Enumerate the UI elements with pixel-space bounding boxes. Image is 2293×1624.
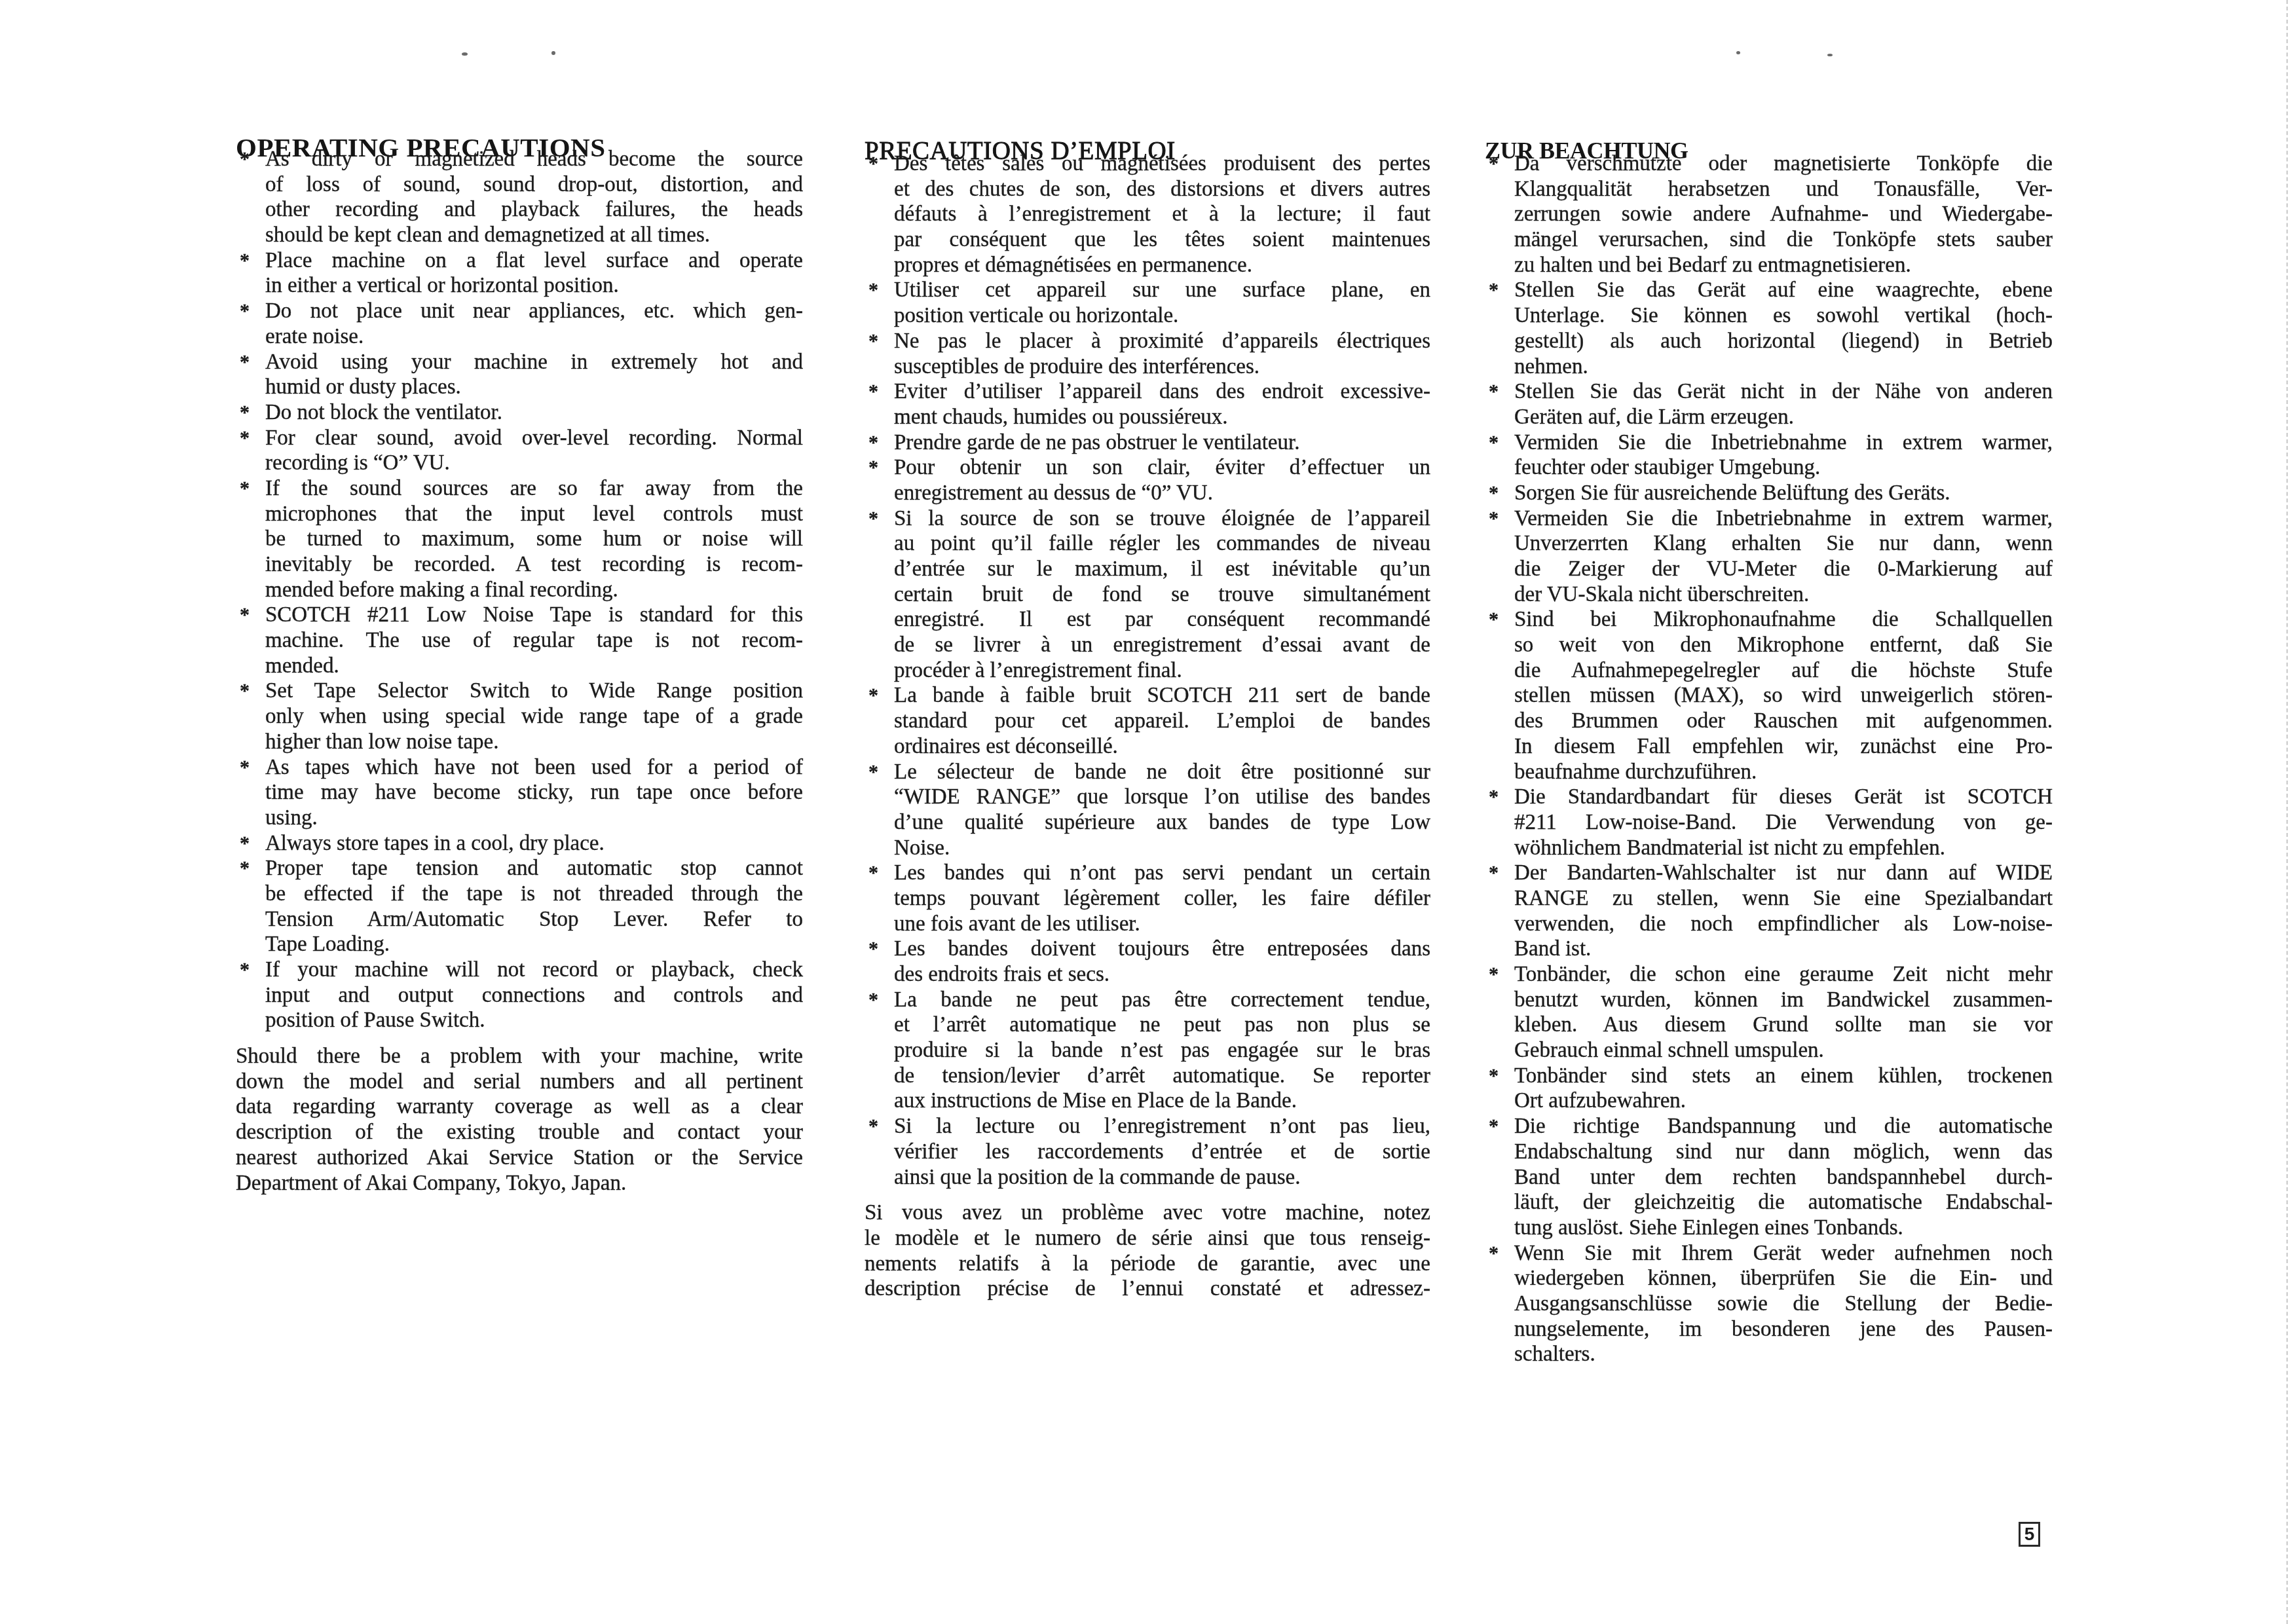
precaution-item: *Die richtige Bandspannung und die autom… [1485,1114,2053,1240]
asterisk-bullet-icon: * [240,831,250,857]
precaution-item: *Pour obtenir un son clair, éviter d’eff… [865,455,1430,506]
precaution-item: *Do not place unit near appliances, etc.… [236,299,803,349]
asterisk-bullet-icon: * [240,957,250,983]
asterisk-bullet-icon: * [1489,860,1499,886]
text-line: stellen müssen (MAX), so wird unweigerli… [1514,683,2053,709]
asterisk-bullet-icon: * [240,350,250,375]
scan-speck [1827,54,1833,56]
closing-paragraph: Should there be a problem with your mach… [236,1044,803,1196]
asterisk-bullet-icon: * [1489,278,1499,303]
asterisk-bullet-icon: * [1489,1063,1499,1089]
text-line: ordinaires est déconseillé. [894,734,1430,760]
text-line: wöhnlichem Bandmaterial ist nicht zu emp… [1514,836,2053,861]
text-line: Sind bei Mikrophonaufnahme die Schallque… [1514,607,2053,633]
text-line: Pour obtenir un son clair, éviter d’effe… [894,455,1430,481]
text-line: Da verschmutzte oder magnetisierte Tonkö… [1514,151,2053,177]
asterisk-bullet-icon: * [868,430,878,456]
text-line: of loss of sound, sound drop-out, distor… [265,172,803,198]
precaution-item: *Des têtes sales ou magnétisées produise… [865,151,1430,278]
text-line: die Aufnahmepegelregler auf die höchste … [1514,658,2053,684]
text-line: For clear sound, avoid over-level record… [265,426,803,451]
text-line: produire si la bande n’est pas engagée s… [894,1038,1430,1063]
closing-paragraph: Si vous avez un problème avec votre mach… [865,1200,1430,1302]
asterisk-bullet-icon: * [240,755,250,781]
text-line: enregistré. Il est par conséquent recomm… [894,607,1430,633]
text-line: Gebrauch einmal schnell umspulen. [1514,1038,2053,1063]
precaution-item: *Place machine on a flat level surface a… [236,248,803,299]
asterisk-bullet-icon: * [1489,481,1499,506]
text-line: verwenden, die noch empfindlicher als Lo… [1514,912,2053,937]
precaution-item: *La bande ne peut pas être correctement … [865,987,1430,1114]
precaution-item: *Prendre garde de ne pas obstruer le ven… [865,430,1430,456]
asterisk-bullet-icon: * [868,1114,878,1139]
text-line: Ort aufzubewahren. [1514,1088,2053,1114]
text-line: et des chutes de son, des distorsions et… [894,177,1430,202]
text-line: down the model and serial numbers and al… [236,1069,803,1095]
text-line: description précise de l’ennui constaté … [865,1276,1430,1302]
text-line: au point qu’il faille régler les command… [894,531,1430,557]
text-line: vérifier les raccordements d’entrée et d… [894,1139,1430,1165]
scan-edge-line [2286,0,2288,1624]
text-line: défauts à l’enregistrement et à la lectu… [894,202,1430,227]
text-line: #211 Low-noise-Band. Die Verwendung von … [1514,810,2053,836]
text-line: As dirty or magnetized heads become the … [265,147,803,172]
text-line: de se livrer à un enregistrement d’essai… [894,633,1430,658]
precaution-item: *As dirty or magnetized heads become the… [236,147,803,248]
precaution-item: *Der Bandarten-Wahlschalter ist nur dann… [1485,860,2053,962]
text-line: “WIDE RANGE” que lorsque l’on utilise de… [894,784,1430,810]
precaution-item: *Die Standardbandart für dieses Gerät is… [1485,784,2053,860]
precaution-item: *Sorgen Sie für ausreichende Belüftung d… [1485,481,2053,506]
text-line: mängel verursachen, sind die Tonköpfe st… [1514,227,2053,253]
asterisk-bullet-icon: * [1489,379,1499,405]
text-line: time may have become sticky, run tape on… [265,780,803,805]
precaution-item: *Eviter d’utiliser l’appareil dans des e… [865,379,1430,430]
text-line: Do not place unit near appliances, etc. … [265,299,803,324]
precaution-item: *Proper tape tension and automatic stop … [236,856,803,957]
text-line: so weit von den Mikrophone entfernt, daß… [1514,633,2053,658]
precaution-item: *Vermiden Sie die Inbetriebnahme in extr… [1485,430,2053,481]
text-line: procéder à l’enregistrement final. [894,658,1430,684]
text-line: Geräten auf, die Lärm erzeugen. [1514,405,2053,430]
text-line: le modèle et le numero de série ainsi qu… [865,1226,1430,1251]
text-line: des endroits frais et secs. [894,962,1430,987]
asterisk-bullet-icon: * [868,379,878,405]
precaution-item: *Tonbänder sind stets an einem kühlen, t… [1485,1063,2053,1114]
text-line: only when using special wide range tape … [265,704,803,729]
asterisk-bullet-icon: * [240,602,250,628]
asterisk-bullet-icon: * [868,987,878,1013]
text-line: position of Pause Switch. [265,1008,803,1033]
asterisk-bullet-icon: * [868,329,878,354]
text-line: beaufnahme durchzuführen. [1514,760,2053,785]
text-line: mended before making a final recording. [265,578,803,603]
asterisk-bullet-icon: * [868,860,878,886]
text-line: Prendre garde de ne pas obstruer le vent… [894,430,1430,456]
text-line: Tension Arm/Automatic Stop Lever. Refer … [265,907,803,932]
text-line: d’une qualité supérieure aux bandes de t… [894,810,1430,836]
text-line: Les bandes qui n’ont pas servi pendant u… [894,860,1430,886]
text-line: Band unter dem rechten bandspannhebel du… [1514,1165,2053,1190]
precaution-item: *Tonbänder, die schon eine geraume Zeit … [1485,962,2053,1063]
precaution-item: *Vermeiden Sie die Inbetriebnahme in ext… [1485,506,2053,608]
scan-speck [1736,51,1740,54]
text-line: Unterlage. Sie können es sowohl vertikal… [1514,303,2053,329]
text-line: Should there be a problem with your mach… [236,1044,803,1069]
text-line: data regarding warranty coverage as well… [236,1094,803,1120]
precaution-item: *Da verschmutzte oder magnetisierte Tonk… [1485,151,2053,278]
text-line: nehmen. [1514,354,2053,380]
precaution-item: *Utiliser cet appareil sur une surface p… [865,278,1430,328]
text-line: Tonbänder, die schon eine geraume Zeit n… [1514,962,2053,987]
text-line: Die richtige Bandspannung und die automa… [1514,1114,2053,1139]
french-body: *Des têtes sales ou magnétisées produise… [865,151,1430,1302]
text-line: input and output connections and control… [265,983,803,1008]
text-line: wiedergeben können, überprüfen Sie die E… [1514,1266,2053,1291]
text-line: standard pour cet appareil. L’emploi de … [894,709,1430,734]
text-line: temps pouvant légèrement coller, les fai… [894,886,1430,912]
text-line: Wenn Sie mit Ihrem Gerät weder aufnehmen… [1514,1241,2053,1266]
text-line: inevitably be recorded. A test recording… [265,552,803,578]
text-line: RANGE zu stellen, wenn Sie eine Spezialb… [1514,886,2053,912]
text-line: Si la source de son se trouve éloignée d… [894,506,1430,532]
text-line: Department of Akai Company, Tokyo, Japan… [236,1171,803,1196]
text-line: As tapes which have not been used for a … [265,755,803,781]
text-line: feuchter oder staubiger Umgebung. [1514,455,2053,481]
german-body: *Da verschmutzte oder magnetisierte Tonk… [1485,151,2053,1367]
asterisk-bullet-icon: * [868,506,878,532]
precaution-item: *Wenn Sie mit Ihrem Gerät weder aufnehme… [1485,1241,2053,1367]
text-line: Do not block the ventilator. [265,400,803,426]
text-line: Stellen Sie das Gerät nicht in der Nähe … [1514,379,2053,405]
page-number-badge: 5 [2019,1522,2040,1547]
text-line: Die Standardbandart für dieses Gerät ist… [1514,784,2053,810]
text-line: ainsi que la position de la commande de … [894,1165,1430,1190]
asterisk-bullet-icon: * [1489,151,1499,177]
precaution-item: *La bande à faible bruit SCOTCH 211 sert… [865,683,1430,759]
text-line: Unverzerrten Klang erhalten Sie nur dann… [1514,531,2053,557]
precaution-item: *Avoid using your machine in extremely h… [236,350,803,400]
text-line: Le sélecteur de bande ne doit être posit… [894,760,1430,785]
text-line: zu halten und bei Bedarf zu entmagnetisi… [1514,253,2053,278]
text-line: Set Tape Selector Switch to Wide Range p… [265,678,803,704]
asterisk-bullet-icon: * [868,936,878,962]
text-line: Si la lecture ou l’enregistrement n’ont … [894,1114,1430,1139]
text-line: If your machine will not record or playb… [265,957,803,983]
text-line: Si vous avez un problème avec votre mach… [865,1200,1430,1226]
precaution-item: *Ne pas le placer à proximité d’appareil… [865,329,1430,379]
text-line: Les bandes doivent toujours être entrepo… [894,936,1430,962]
precaution-item: *Stellen Sie das Gerät nicht in der Nähe… [1485,379,2053,430]
precaution-item: *If your machine will not record or play… [236,957,803,1033]
precaution-item: *For clear sound, avoid over-level recor… [236,426,803,476]
precaution-item: *Si la source de son se trouve éloignée … [865,506,1430,684]
asterisk-bullet-icon: * [1489,430,1499,456]
text-line: SCOTCH #211 Low Noise Tape is standard f… [265,602,803,628]
text-line: certain bruit de fond se trouve simultan… [894,582,1430,608]
text-line: Stellen Sie das Gerät auf eine waagrecht… [1514,278,2053,303]
precaution-item: *Set Tape Selector Switch to Wide Range … [236,678,803,754]
text-line: nearest authorized Akai Service Station … [236,1145,803,1171]
asterisk-bullet-icon: * [240,248,250,274]
text-line: be effected if the tape is not threaded … [265,881,803,907]
text-line: zerrungen sowie andere Aufnahme- und Wie… [1514,202,2053,227]
precaution-item: *SCOTCH #211 Low Noise Tape is standard … [236,602,803,678]
asterisk-bullet-icon: * [868,760,878,785]
text-line: In diesem Fall empfehlen wir, zunächst e… [1514,734,2053,760]
asterisk-bullet-icon: * [1489,506,1499,532]
text-line: description of the existing trouble and … [236,1120,803,1145]
text-line: des Brummen oder Rauschen mit aufgenomme… [1514,709,2053,734]
precaution-item: *Always store tapes in a cool, dry place… [236,831,803,857]
text-line: Tonbänder sind stets an einem kühlen, tr… [1514,1063,2053,1089]
text-line: should be kept clean and demagnetized at… [265,223,803,248]
text-line: La bande à faible bruit SCOTCH 211 sert … [894,683,1430,709]
precaution-item: *Les bandes doivent toujours être entrep… [865,936,1430,987]
manual-page: OPERATING PRECAUTIONS *As dirty or magne… [0,0,2293,1624]
text-line: using. [265,805,803,831]
text-line: recording is “O” VU. [265,451,803,476]
text-line: ment chauds, humides ou poussiéreux. [894,405,1430,430]
scan-speck [551,51,555,55]
text-line: d’entrée sur le maximum, il est inévitab… [894,557,1430,582]
precaution-item: *Stellen Sie das Gerät auf eine waagrech… [1485,278,2053,379]
text-line: nungselemente, im besonderen jene des Pa… [1514,1317,2053,1342]
precaution-item: *Si la lecture ou l’enregistrement n’ont… [865,1114,1430,1190]
text-line: läuft, der gleichzeitig die automatische… [1514,1190,2053,1215]
text-line: nements relatifs à la période de garanti… [865,1251,1430,1277]
text-line: Vermiden Sie die Inbetriebnahme in extre… [1514,430,2053,456]
text-line: Noise. [894,836,1430,861]
text-line: mended. [265,654,803,679]
text-line: higher than low noise tape. [265,729,803,755]
text-line: be turned to maximum, some hum or noise … [265,526,803,552]
text-line: Vermeiden Sie die Inbetriebnahme in extr… [1514,506,2053,532]
text-line: La bande ne peut pas être correctement t… [894,987,1430,1013]
precaution-item: *As tapes which have not been used for a… [236,755,803,831]
text-line: Endabschaltung sind nur dann möglich, we… [1514,1139,2053,1165]
text-line: Des têtes sales ou magnétisées produisen… [894,151,1430,177]
text-line: susceptibles de produire des interférenc… [894,354,1430,380]
text-line: Eviter d’utiliser l’appareil dans des en… [894,379,1430,405]
text-line: other recording and playback failures, t… [265,197,803,223]
text-line: humid or dusty places. [265,375,803,400]
asterisk-bullet-icon: * [1489,962,1499,987]
text-line: schalters. [1514,1342,2053,1367]
text-line: aux instructions de Mise en Place de la … [894,1088,1430,1114]
scan-speck [462,52,468,56]
text-line: benutzt wurden, können im Bandwickel zus… [1514,987,2053,1013]
text-line: erate noise. [265,324,803,350]
text-line: machine. The use of regular tape is not … [265,628,803,654]
asterisk-bullet-icon: * [1489,784,1499,810]
text-line: de tension/levier d’arrêt automatique. S… [894,1063,1430,1089]
asterisk-bullet-icon: * [240,147,250,172]
asterisk-bullet-icon: * [868,455,878,481]
text-line: in either a vertical or horizontal posit… [265,273,803,299]
text-line: propres et démagnétisées en permanence. [894,253,1430,278]
text-line: Der Bandarten-Wahlschalter ist nur dann … [1514,860,2053,886]
text-line: der VU-Skala nicht überschreiten. [1514,582,2053,608]
precaution-item: *If the sound sources are so far away fr… [236,476,803,602]
text-line: Band ist. [1514,936,2053,962]
text-line: position verticale ou horizontale. [894,303,1430,329]
asterisk-bullet-icon: * [868,151,878,177]
asterisk-bullet-icon: * [1489,1241,1499,1266]
asterisk-bullet-icon: * [1489,607,1499,633]
english-body: *As dirty or magnetized heads become the… [236,147,803,1196]
text-line: par conséquent que les têtes soient main… [894,227,1430,253]
text-line: et l’arrêt automatique ne peut pas non p… [894,1012,1430,1038]
text-line: Avoid using your machine in extremely ho… [265,350,803,375]
precaution-item: *Do not block the ventilator. [236,400,803,426]
text-line: Sorgen Sie für ausreichende Belüftung de… [1514,481,2053,506]
text-line: microphones that the input level control… [265,502,803,527]
asterisk-bullet-icon: * [240,476,250,502]
text-line: Proper tape tension and automatic stop c… [265,856,803,881]
text-line: kleben. Aus diesem Grund sollte man sie … [1514,1012,2053,1038]
asterisk-bullet-icon: * [240,678,250,704]
asterisk-bullet-icon: * [240,400,250,426]
text-line: Utiliser cet appareil sur une surface pl… [894,278,1430,303]
asterisk-bullet-icon: * [240,426,250,451]
asterisk-bullet-icon: * [240,299,250,324]
text-line: Ne pas le placer à proximité d’appareils… [894,329,1430,354]
text-line: tung auslöst. Siehe Einlegen eines Tonba… [1514,1215,2053,1241]
precaution-item: *Sind bei Mikrophonaufnahme die Schallqu… [1485,607,2053,784]
text-line: Ausgangsanschlüsse sowie die Stellung de… [1514,1291,2053,1317]
text-line: enregistrement au dessus de “0” VU. [894,481,1430,506]
text-line: Klangqualität herabsetzen und Tonausfäll… [1514,177,2053,202]
text-line: die Zeiger der VU-Meter die 0-Markierung… [1514,557,2053,582]
text-line: If the sound sources are so far away fro… [265,476,803,502]
asterisk-bullet-icon: * [1489,1114,1499,1139]
asterisk-bullet-icon: * [868,278,878,303]
text-line: une fois avant de les utiliser. [894,912,1430,937]
text-line: Tape Loading. [265,932,803,957]
asterisk-bullet-icon: * [240,856,250,881]
text-line: gestellt) als auch horizontal (liegend) … [1514,329,2053,354]
text-line: Place machine on a flat level surface an… [265,248,803,274]
asterisk-bullet-icon: * [868,683,878,709]
precaution-item: *Le sélecteur de bande ne doit être posi… [865,760,1430,861]
precaution-item: *Les bandes qui n’ont pas servi pendant … [865,860,1430,936]
text-line: Always store tapes in a cool, dry place. [265,831,803,857]
